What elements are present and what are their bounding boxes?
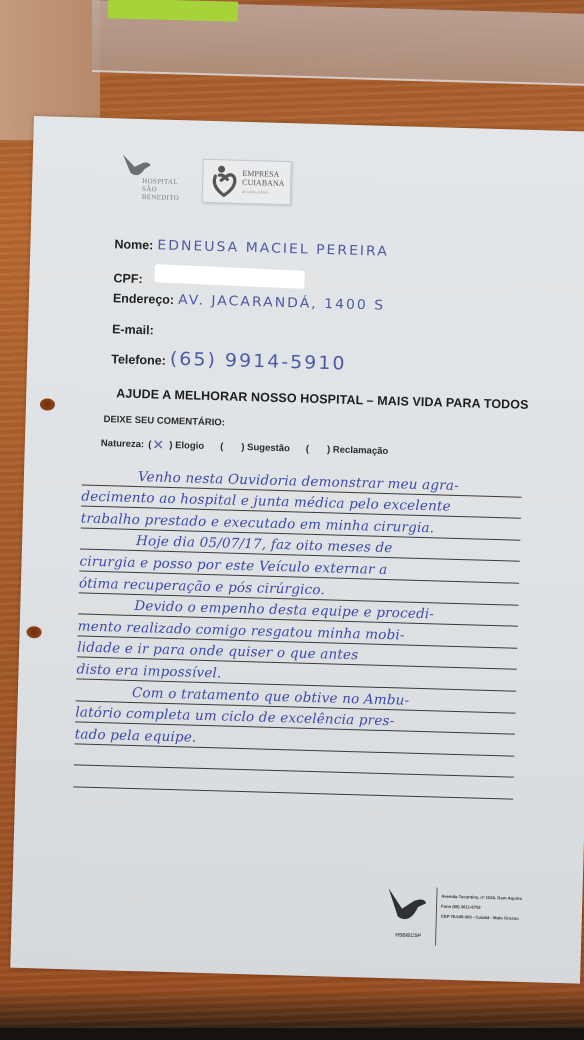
feedback-form-sheet: HOSPITAL SÃO BENEDITO EMPRESA CUIABANA d…	[10, 116, 584, 984]
natureza-options: Natureza: (✕) Elogio () Sugestão () Recl…	[101, 438, 401, 457]
telefone-value: (65) 9914-5910	[170, 348, 347, 374]
footer-divider	[435, 888, 438, 946]
field-telefone: Telefone: (65) 9914-5910	[111, 346, 347, 375]
form-headline: AJUDE A MELHORAR NOSSO HOSPITAL – MAIS V…	[116, 386, 529, 412]
field-nome: Nome: EDNEUSA MACIEL PEREIRA	[114, 236, 389, 260]
punch-hole	[40, 398, 55, 410]
hospital-logo: HOSPITAL SÃO BENEDITO	[120, 152, 193, 202]
comment-label: DEIXE SEU COMENTÁRIO:	[103, 414, 225, 428]
handwritten-line: tado pela equipe.	[75, 726, 197, 745]
option-elogio: (✕) Elogio	[148, 439, 204, 452]
option-reclamacao: () Reclamação	[306, 444, 389, 457]
footer-address: Avenida Tocantins, nº 1030, Dom Aquino F…	[441, 892, 523, 924]
dove-icon	[383, 886, 430, 929]
endereco-value: AV. JACARANDÁ, 1400 S	[178, 292, 385, 313]
green-sticky-note	[108, 0, 238, 22]
field-endereco: Endereço: AV. JACARANDÁ, 1400 S	[113, 290, 386, 314]
empresa-cuiabana-logo: EMPRESA CUIABANA de saúde pública	[202, 159, 292, 205]
footer-block: HSB/ECSP Avenida Tocantins, nº 1030, Dom…	[383, 886, 522, 948]
field-cpf: CPF:	[113, 264, 305, 290]
header-logos: HOSPITAL SÃO BENEDITO EMPRESA CUIABANA d…	[120, 152, 293, 205]
handwritten-line: disto era impossível.	[76, 661, 221, 681]
checkmark-x-icon: ✕	[152, 436, 164, 453]
nome-value: EDNEUSA MACIEL PEREIRA	[157, 238, 389, 260]
field-email: E-mail:	[112, 322, 158, 337]
bottom-shadow	[0, 1028, 584, 1040]
cpf-redaction	[154, 264, 305, 289]
punch-hole	[26, 626, 41, 638]
handwritten-comment: Venho nesta Ouvidoria demonstrar meu agr…	[73, 463, 522, 799]
option-sugestao: () Sugestão	[220, 441, 290, 454]
heart-figure-icon	[209, 164, 240, 199]
